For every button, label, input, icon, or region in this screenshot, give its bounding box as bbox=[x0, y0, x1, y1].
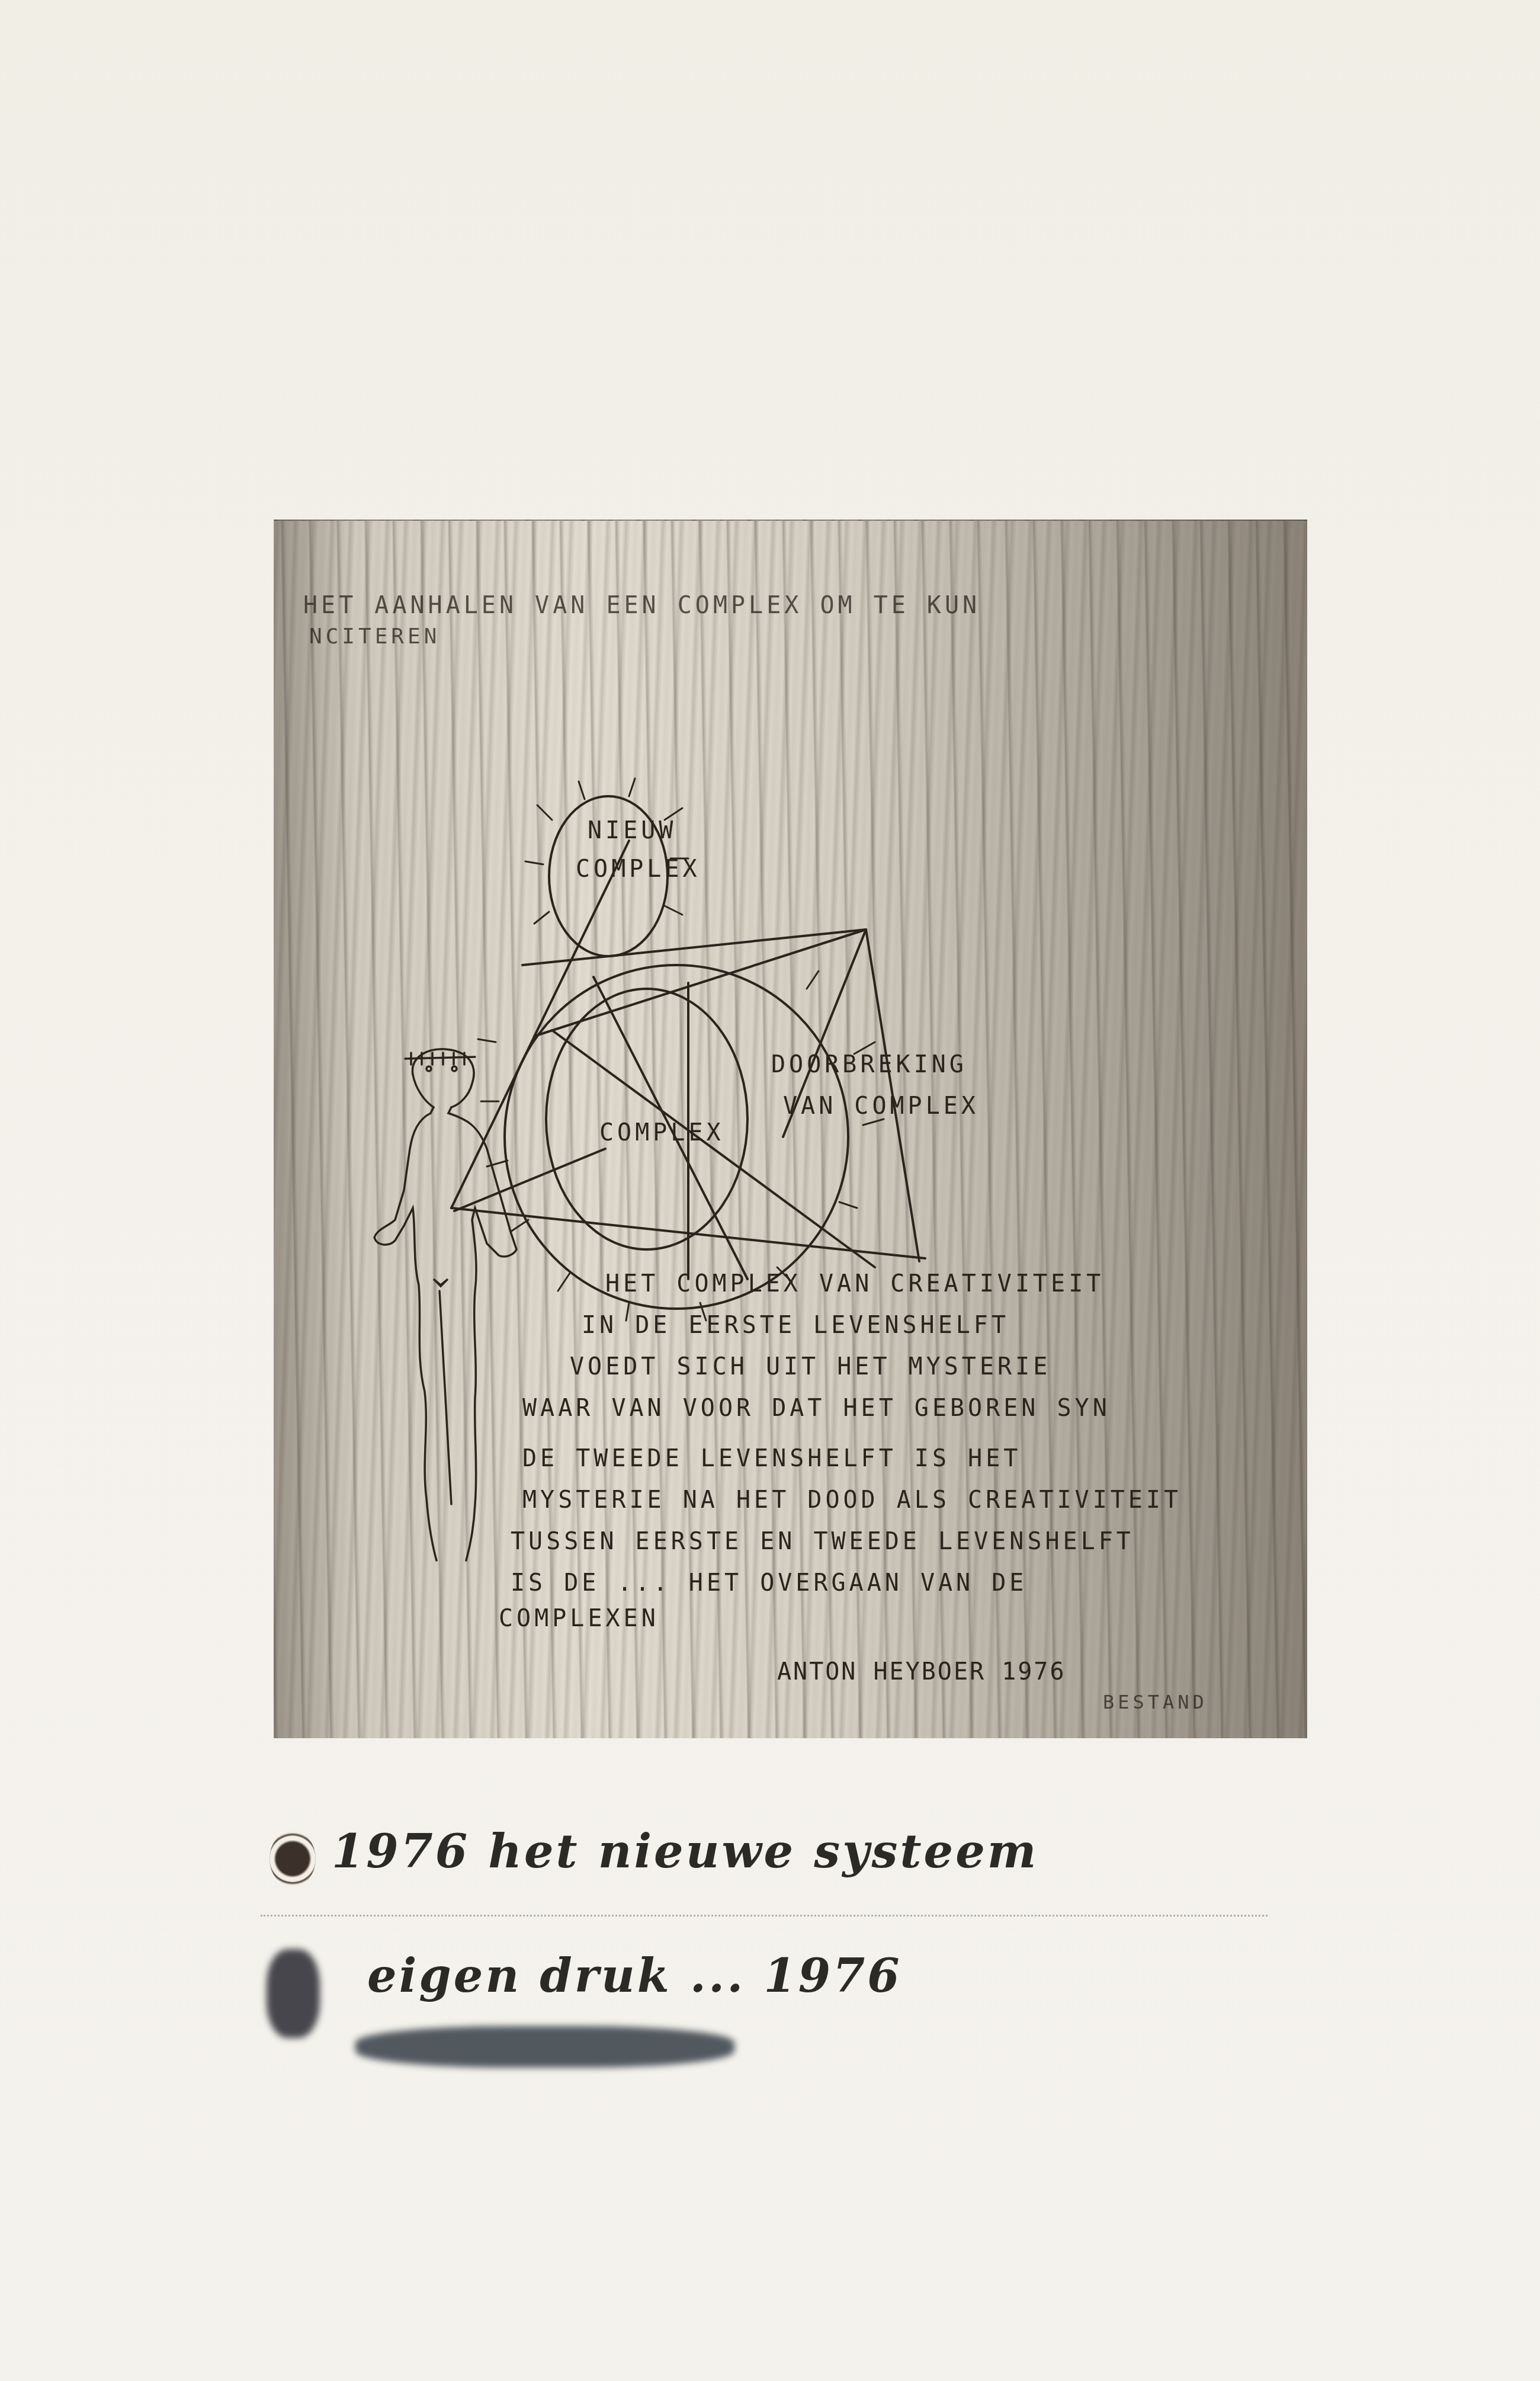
etching-plate: het aanhalen van een complex om te kun n… bbox=[274, 520, 1307, 1738]
text-line-7: tussen eerste en tweede levenshelft bbox=[511, 1528, 1134, 1555]
text-line-8: is de ... het overgaan van de bbox=[511, 1569, 1027, 1597]
human-figure-icon bbox=[374, 1049, 516, 1560]
signature-sub: Bestand bbox=[1103, 1691, 1208, 1713]
text-line-3: voedt sich uit het mysterie bbox=[570, 1353, 1051, 1380]
ink-smudge-bottom bbox=[355, 2026, 734, 2068]
red-stamp-top bbox=[269, 1831, 316, 1887]
text-line-4: waar van voor dat het geboren syn bbox=[522, 1395, 1111, 1422]
text-line-1: het complex van creativiteit bbox=[605, 1270, 1104, 1297]
nieuw-label: nieuw bbox=[588, 817, 676, 844]
handwritten-line-1: 1976 het nieuwe systeem bbox=[332, 1825, 1038, 1879]
paper-sheet: het aanhalen van een complex om te kun n… bbox=[0, 0, 1540, 2381]
doorbreking-label: doorbreking bbox=[771, 1051, 967, 1078]
complex-top-label: complex bbox=[576, 855, 701, 883]
top-inscription-line2: nciteren bbox=[309, 624, 440, 649]
text-line-9: complexen bbox=[499, 1605, 659, 1632]
ink-smudge-left bbox=[267, 1949, 320, 2038]
text-line-2: in de eerste levenshelft bbox=[582, 1312, 1009, 1339]
dotted-rule bbox=[261, 1915, 1268, 1917]
text-line-5: de tweede levenshelft is het bbox=[522, 1445, 1021, 1472]
signature: Anton Heyboer 1976 bbox=[777, 1658, 1066, 1685]
handwritten-line-2: eigen druk ... 1976 bbox=[367, 1949, 902, 2003]
complex-center-label: complex bbox=[599, 1119, 724, 1146]
etched-drawing bbox=[274, 521, 1307, 1738]
top-inscription-line1: het aanhalen van een complex om te kun bbox=[303, 592, 980, 619]
text-line-6: mysterie na het dood als creativiteit bbox=[522, 1486, 1182, 1514]
van-complex-label: van complex bbox=[783, 1092, 979, 1120]
